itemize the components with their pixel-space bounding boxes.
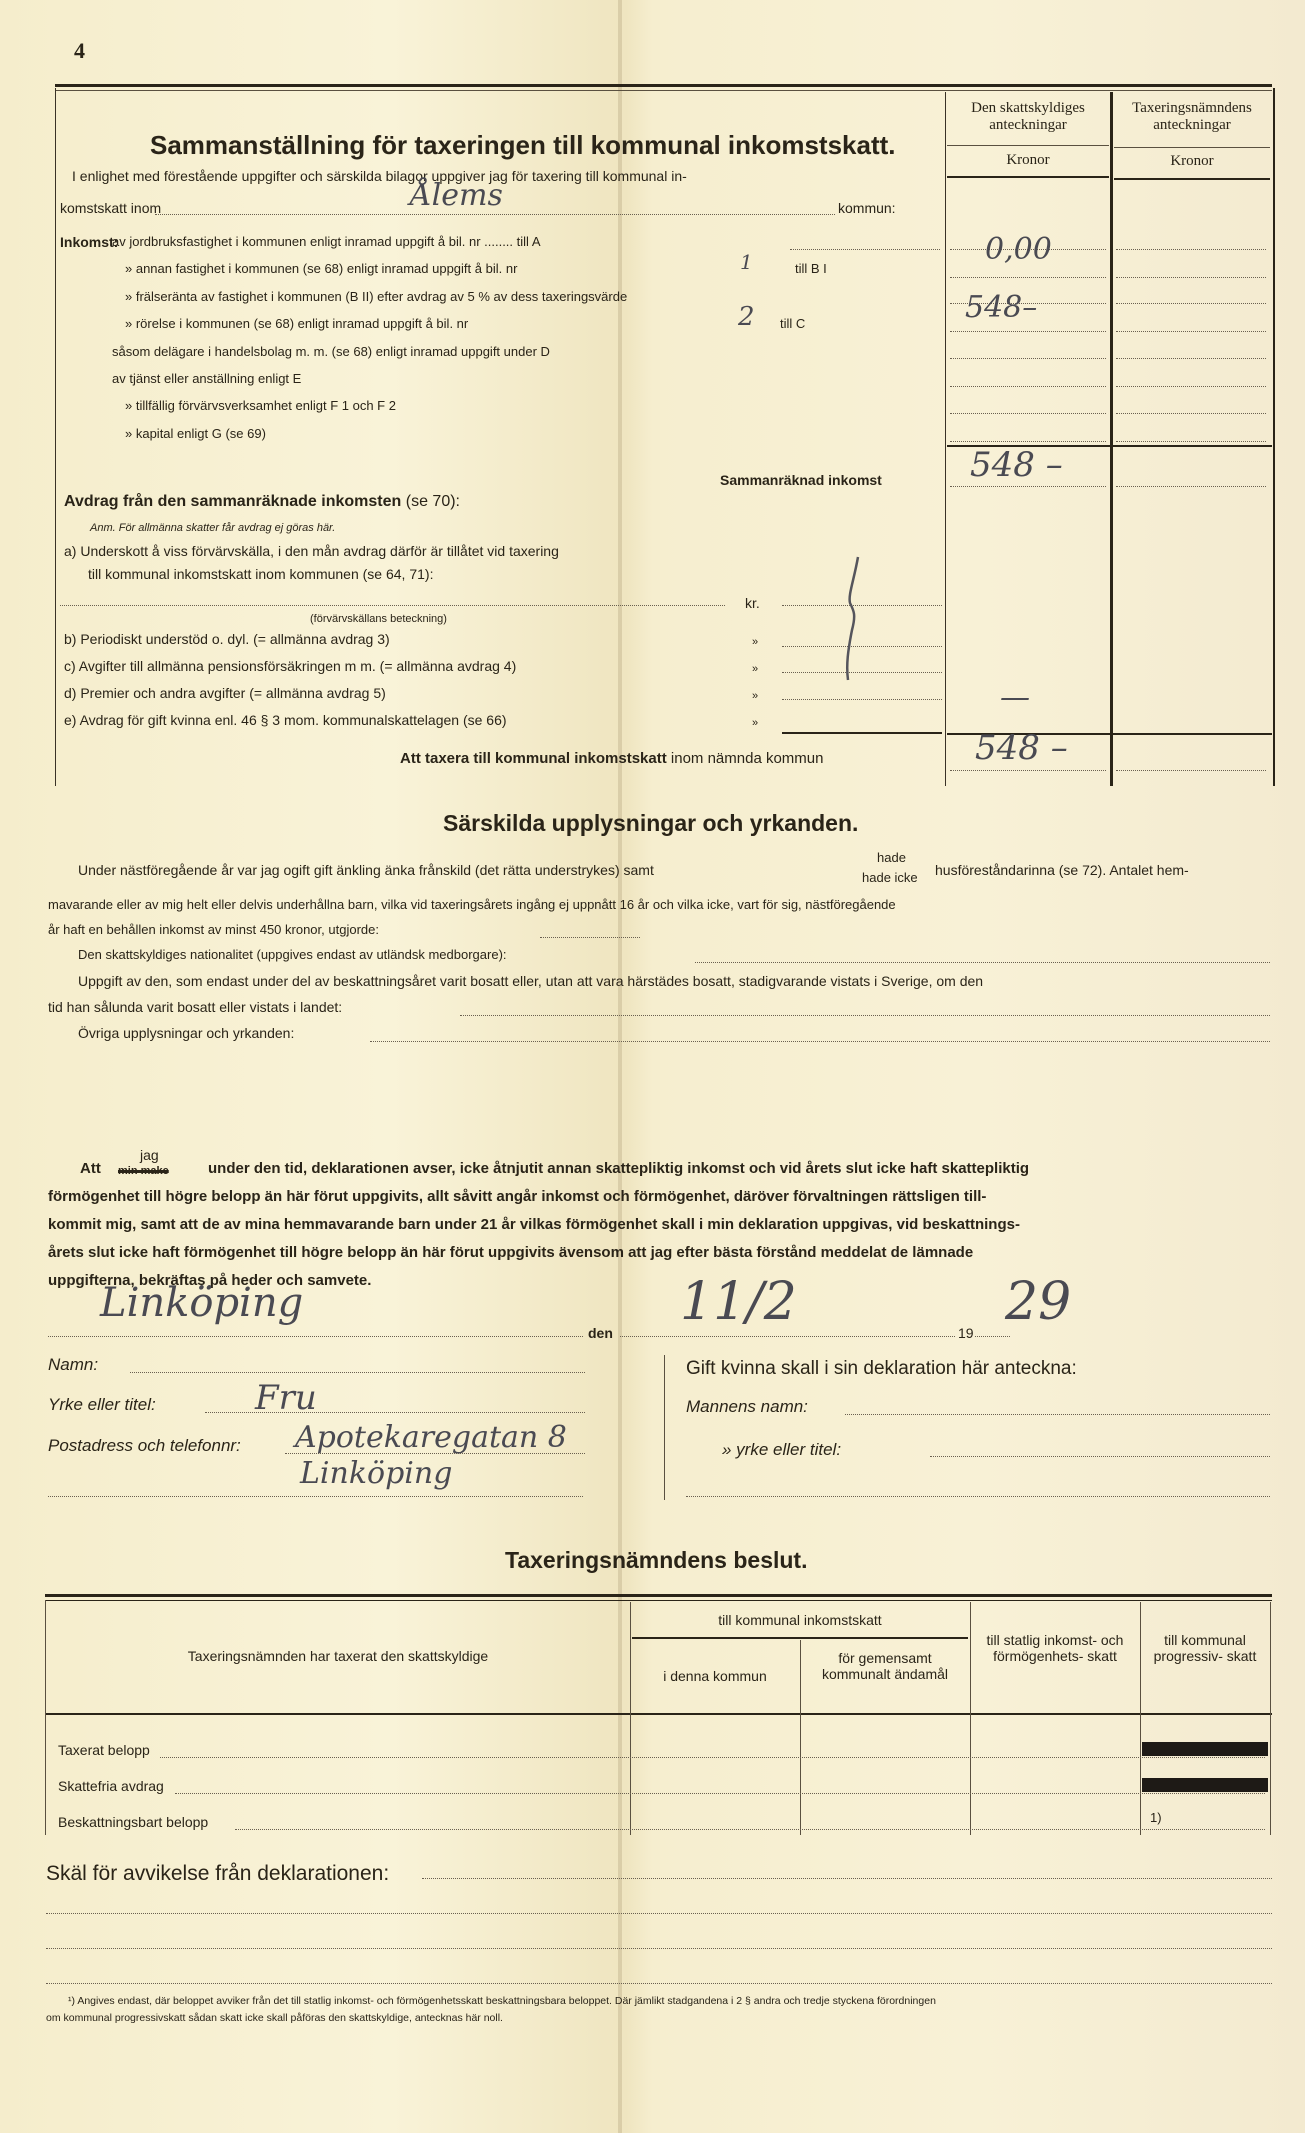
col-header-common: för gemensamt kommunalt ändamål	[815, 1650, 955, 1682]
special-p1-line3: år haft en behållen inkomst av minst 450…	[48, 922, 379, 937]
page-number: 4	[74, 38, 85, 64]
col-divider	[1140, 1602, 1141, 1835]
income-row-c-amount[interactable]: 548–	[965, 290, 1037, 325]
deduction-d-unit: »	[752, 690, 758, 702]
den-label: den	[588, 1325, 613, 1341]
board-line	[1116, 441, 1266, 442]
declaration-line-3: kommit mig, samt att de av mina hemmavar…	[48, 1216, 1020, 1233]
deductions-title-text: Avdrag från den sammanräknade inkomsten	[64, 493, 401, 510]
footnote-line-2: om kommunal progressivskatt sådan skatt …	[46, 2012, 503, 2024]
declaration-min-make-struck: min make	[118, 1165, 169, 1177]
deduction-a-line-2: till kommunal inkomstskatt inom kommunen…	[88, 566, 433, 582]
amount-line	[950, 413, 1106, 414]
amount-line	[950, 441, 1106, 442]
board-table-top-rule	[45, 1594, 1272, 1597]
declaration-line-4: årets slut icke haft förmögenhet till hö…	[48, 1244, 973, 1261]
date-field[interactable]: 11/2	[680, 1272, 797, 1332]
board-column-divider	[1110, 92, 1113, 786]
group-header-rule	[632, 1637, 968, 1639]
footnote-line-1: ¹) Angives endast, där beloppet avviker …	[68, 1995, 936, 2007]
amount-line	[950, 331, 1106, 332]
footnote-mark: 1)	[1150, 1810, 1162, 1825]
address-field-1[interactable]: Apotekaregatan 8	[295, 1420, 567, 1455]
signing-place-line	[48, 1336, 583, 1337]
year-line	[975, 1336, 1010, 1337]
board-unit: Kronor	[1114, 153, 1270, 170]
board-line	[1116, 358, 1266, 359]
income-row-g-text: » kapital enligt G (se 69)	[125, 426, 266, 441]
deduction-c-text: c) Avgifter till allmänna pensionsförsäk…	[64, 658, 516, 674]
residence-line-1: Uppgift av den, som endast under del av …	[78, 973, 983, 989]
reason-field-4[interactable]	[46, 1983, 1272, 1984]
intro-line-2-prefix: komstskatt inom	[60, 200, 161, 216]
board-row-taxerat-fields[interactable]	[160, 1757, 1265, 1758]
declaration-line-2: förmögenhet till högre belopp än här för…	[48, 1188, 986, 1205]
deduction-a-line-1: a) Underskott å viss förvärvskälla, i de…	[64, 543, 559, 559]
board-table-header-rule	[45, 1713, 1272, 1715]
income-row-b-amount[interactable]: 0,00	[985, 232, 1052, 267]
deduction-a-unit: kr.	[745, 595, 760, 611]
board-title: Taxeringsnämndens beslut.	[505, 1547, 807, 1574]
deduction-a-caption: (förvärvskällans beteckning)	[310, 613, 447, 625]
reason-field-2[interactable]	[46, 1913, 1272, 1914]
married-extra-line	[686, 1496, 1270, 1497]
income-row-b-text: » annan fastighet i kommunen (se 68) enl…	[125, 261, 517, 276]
title-label: Yrke eller titel:	[48, 1395, 156, 1415]
reason-field-3[interactable]	[46, 1948, 1272, 1949]
other-field[interactable]	[370, 1041, 1270, 1042]
taxable-label-bold: Att taxera till kommunal inkomstskatt	[400, 750, 667, 767]
income-row-e-text: av tjänst eller anställning enligt E	[112, 371, 301, 386]
deduction-total-mark[interactable]: —	[1000, 680, 1030, 715]
total-income-label: Sammanräknad inkomst	[720, 472, 882, 488]
col-divider	[970, 1602, 971, 1835]
board-row-skattefria-fields[interactable]	[175, 1793, 1265, 1794]
kommun-field-line	[155, 214, 835, 215]
income-row-f-text: » tillfällig förvärvsverksamhet enligt F…	[125, 398, 396, 413]
col-header-progressive: till kommunal progressiv- skatt	[1142, 1632, 1268, 1664]
kommun-field[interactable]: Ålems	[410, 178, 503, 213]
divider	[947, 176, 1109, 178]
address-line-2	[48, 1496, 583, 1497]
amount-line	[950, 277, 1106, 278]
nationality-field[interactable]	[695, 962, 1270, 963]
board-table-top-rule-thin	[45, 1600, 1272, 1601]
deductions-sum-rule	[782, 732, 942, 734]
board-line	[1116, 331, 1266, 332]
board-row-beskattningsbart-label: Beskattningsbart belopp	[58, 1814, 208, 1830]
col-divider	[800, 1640, 801, 1835]
name-label: Namn:	[48, 1355, 98, 1375]
title-field[interactable]: Fru	[255, 1378, 317, 1418]
frame-top-rule	[55, 84, 1272, 87]
name-field[interactable]	[130, 1372, 585, 1373]
amount-line	[950, 770, 1106, 771]
total-income-amount[interactable]: 548 –	[970, 445, 1063, 485]
taxpayer-unit: Kronor	[947, 152, 1109, 169]
taxpayer-column-header: Den skattskyldiges anteckningar	[947, 100, 1109, 134]
income-row-frälse-text: » frälseränta av fastighet i kommunen (B…	[125, 289, 627, 304]
other-label: Övriga upplysningar och yrkanden:	[78, 1025, 294, 1041]
intro-line-1: I enlighet med förestående uppgifter och…	[72, 168, 687, 184]
divider	[1114, 147, 1270, 148]
deduction-d-amount-field[interactable]	[782, 699, 942, 700]
board-column-header: Taxeringsnämndens anteckningar	[1114, 100, 1270, 134]
deduction-e-text: e) Avdrag för gift kvinna enl. 46 § 3 mo…	[64, 712, 507, 728]
husband-name-field[interactable]	[845, 1414, 1270, 1415]
deduction-d-text: d) Premier och andra avgifter (= allmänn…	[64, 685, 386, 701]
signing-place-field[interactable]: Linköping	[100, 1280, 303, 1326]
nationality-label: Den skattskyldiges nationalitet (uppgive…	[78, 947, 507, 962]
year-field[interactable]: 29	[1005, 1272, 1071, 1332]
deduction-b-text: b) Periodiskt understöd o. dyl. (= allmä…	[64, 631, 390, 647]
board-line	[1116, 486, 1266, 487]
income-row-d-text: såsom delägare i handelsbolag m. m. (se …	[112, 344, 550, 359]
board-line	[1116, 386, 1266, 387]
amount-line	[950, 486, 1106, 487]
board-table-right-border	[1270, 1602, 1271, 1835]
board-group-header: till kommunal inkomstskatt	[632, 1612, 968, 1628]
taxable-label-rest: inom nämnda kommun	[671, 750, 824, 767]
income-row-b-bil-nr[interactable]: 1	[740, 250, 753, 274]
deduction-e-unit: »	[752, 717, 758, 729]
declaration-att: Att	[80, 1160, 101, 1177]
col-divider	[630, 1602, 631, 1835]
year-prefix: 19	[958, 1325, 974, 1341]
summary-title: Sammanställning för taxeringen till komm…	[150, 130, 896, 161]
special-title: Särskilda upplysningar och yrkanden.	[443, 810, 858, 837]
deduction-b-unit: »	[752, 636, 758, 648]
board-row-skattefria-blacked	[1142, 1778, 1268, 1792]
husband-title-label: » yrke eller titel:	[722, 1440, 841, 1460]
income-row-a-board-line[interactable]	[1116, 249, 1266, 250]
taxable-amount[interactable]: 548 –	[975, 728, 1068, 768]
divider	[1114, 178, 1270, 180]
board-row-taxerat-label: Taxerat belopp	[58, 1742, 150, 1758]
special-hade: hade	[877, 850, 906, 865]
handwritten-brace-icon	[840, 555, 870, 685]
special-p1-b: husföreståndarinna (se 72). Antalet hem-	[935, 862, 1189, 878]
board-row-beskattningsbart-fields[interactable]	[235, 1829, 1265, 1830]
special-hade-icke: hade icke	[862, 870, 918, 885]
husband-name-label: Mannens namn:	[686, 1397, 808, 1417]
amount-line	[950, 358, 1106, 359]
declaration-line-1: under den tid, deklarationen avser, icke…	[208, 1160, 1029, 1177]
board-row-skattefria-label: Skattefria avdrag	[58, 1778, 164, 1794]
board-line	[1116, 277, 1266, 278]
taxable-label: Att taxera till kommunal inkomstskatt in…	[400, 750, 823, 767]
income-row-c-suffix: till C	[780, 316, 805, 331]
reason-field-1[interactable]	[422, 1878, 1272, 1879]
col-header-state: till statlig inkomst- och förmögenhets- …	[972, 1632, 1138, 1664]
special-p1-line2: mavarande eller av mig helt eller delvis…	[48, 897, 896, 912]
board-row-taxerat-blacked	[1142, 1742, 1268, 1756]
income-label: Inkomst:	[60, 234, 118, 250]
address-label: Postadress och telefonnr:	[48, 1436, 241, 1456]
income-row-b-suffix: till B I	[795, 261, 827, 276]
board-row-header: Taxeringsnämnden har taxerat den skattsk…	[48, 1648, 628, 1664]
amount-line	[950, 386, 1106, 387]
address-field-2[interactable]: Linköping	[300, 1456, 452, 1491]
income-row-c-text: » rörelse i kommunen (se 68) enligt inra…	[125, 316, 468, 331]
board-table-left-border	[45, 1600, 46, 1835]
residence-line-2: tid han sålunda varit bosatt eller vista…	[48, 999, 342, 1015]
board-line	[1116, 770, 1266, 771]
divider	[947, 145, 1109, 146]
board-line	[1116, 413, 1266, 414]
board-line	[1116, 303, 1266, 304]
special-p1-a: Under nästföregående år var jag ogift gi…	[78, 862, 654, 878]
col-header-this-kommun: i denna kommun	[632, 1668, 798, 1684]
taxpayer-column-divider	[945, 92, 946, 786]
deduction-a-source-field[interactable]	[60, 605, 725, 606]
declaration-jag: jag	[140, 1147, 159, 1163]
deductions-note: Anm. För allmänna skatter får avdrag ej …	[90, 522, 335, 534]
married-section-divider	[664, 1355, 665, 1500]
dotted-leader	[790, 249, 940, 250]
married-woman-title: Gift kvinna skall i sin deklaration här …	[686, 1358, 1077, 1380]
deductions-title: Avdrag från den sammanräknade inkomsten …	[64, 493, 460, 511]
deductions-ref: (se 70):	[406, 493, 460, 510]
husband-title-field[interactable]	[930, 1456, 1270, 1457]
intro-line-2-suffix: kommun:	[838, 200, 896, 216]
income-row-a-text: av jordbruksfastighet i kommunen enligt …	[112, 234, 541, 249]
reason-label: Skäl för avvikelse från deklarationen:	[46, 1862, 389, 1886]
residence-field[interactable]	[460, 1015, 1270, 1016]
income-row-c-bil-nr[interactable]: 2	[738, 302, 755, 332]
children-count-field[interactable]	[540, 937, 640, 938]
deduction-c-unit: »	[752, 663, 758, 675]
date-line	[620, 1336, 955, 1337]
